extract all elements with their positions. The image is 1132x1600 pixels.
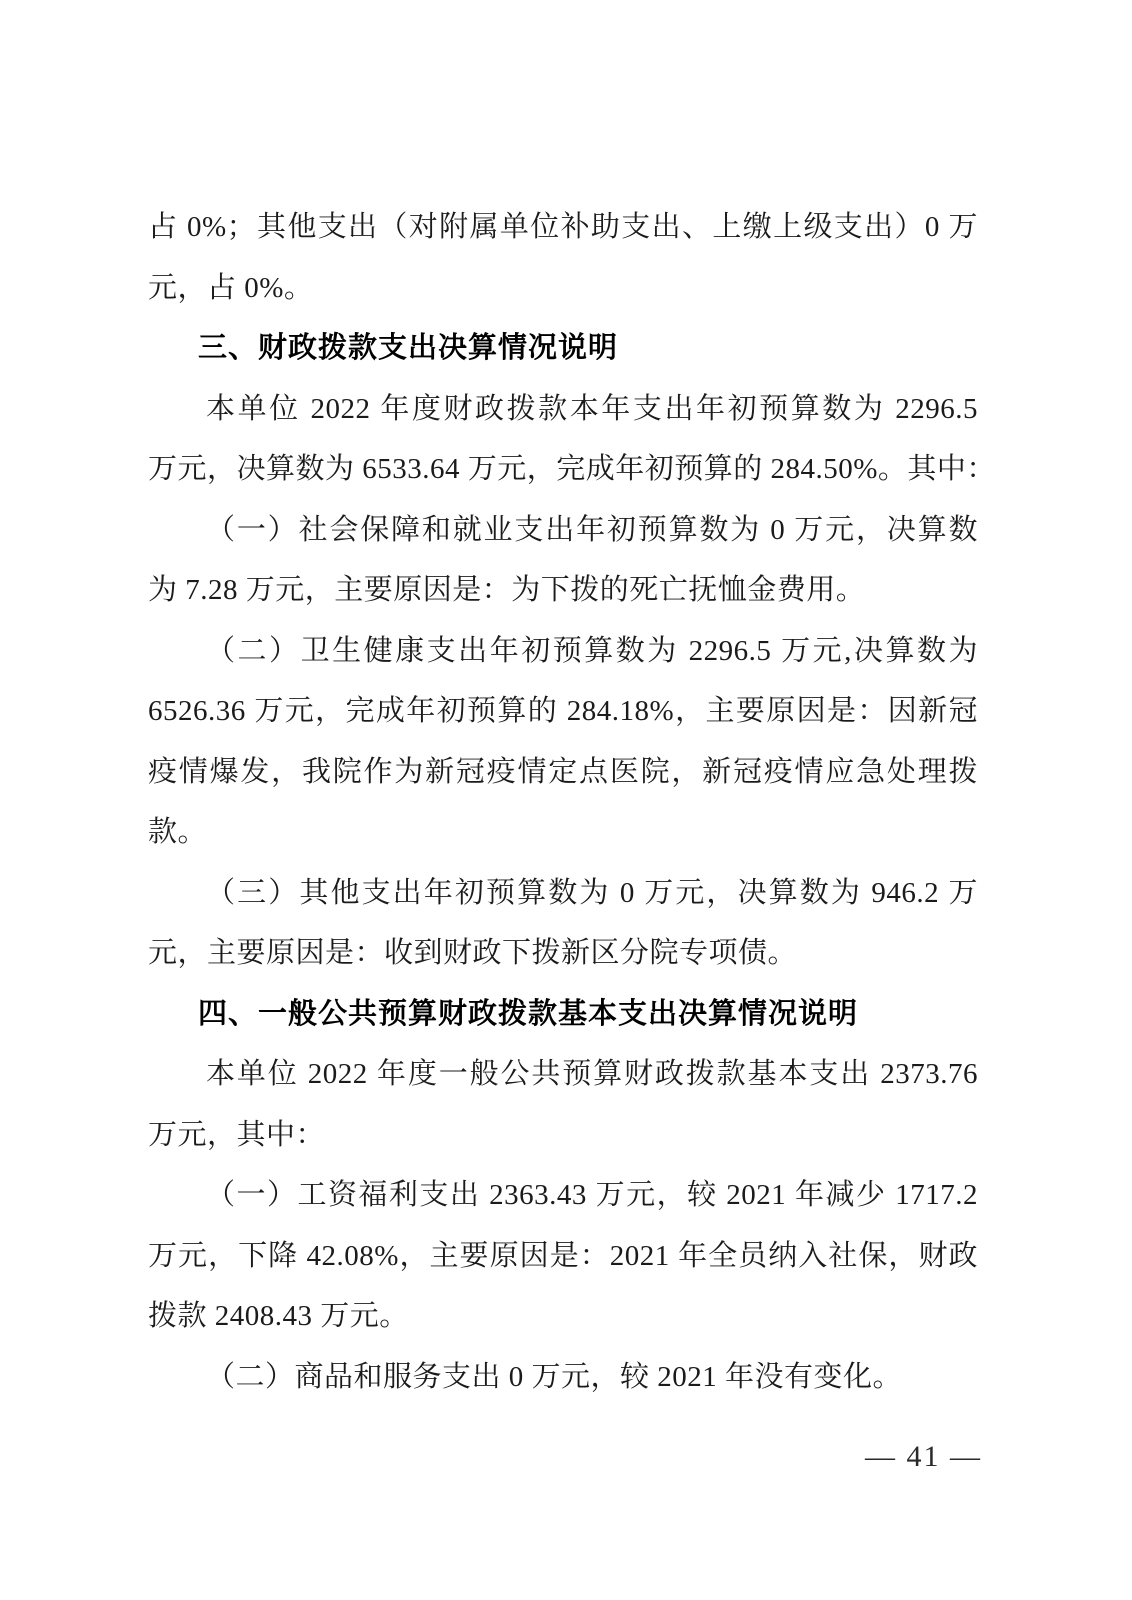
text-line: 6526.36 万元，完成年初预算的 284.18%，主要原因是：因新冠 <box>148 681 978 742</box>
text-line: （一）社会保障和就业支出年初预算数为 0 万元，决算数 <box>148 500 978 561</box>
text-line: 占 0%；其他支出（对附属单位补助支出、上缴上级支出）0 万 <box>148 197 978 258</box>
page-footer: — 41 — <box>865 1440 982 1474</box>
text-line: 为 7.28 万元，主要原因是：为下拨的死亡抚恤金费用。 <box>148 560 978 621</box>
text-line: 本单位 2022 年度财政拨款本年支出年初预算数为 2296.5 <box>148 379 978 440</box>
text-line: 万元，决算数为 6533.64 万元，完成年初预算的 284.50%。其中： <box>148 439 978 500</box>
text-line: 元，主要原因是：收到财政下拨新区分院专项债。 <box>148 923 978 984</box>
text-line: 疫情爆发，我院作为新冠疫情定点医院，新冠疫情应急处理拨 <box>148 742 978 803</box>
text-line: 万元，其中： <box>148 1105 978 1166</box>
text-line: 本单位 2022 年度一般公共预算财政拨款基本支出 2373.76 <box>148 1044 978 1105</box>
section-heading: 四、一般公共预算财政拨款基本支出决算情况说明 <box>148 984 978 1045</box>
section-heading: 三、财政拨款支出决算情况说明 <box>148 318 978 379</box>
text-line: 拨款 2408.43 万元。 <box>148 1286 978 1347</box>
text-line: （二）卫生健康支出年初预算数为 2296.5 万元,决算数为 <box>148 621 978 682</box>
document-page: 占 0%；其他支出（对附属单位补助支出、上缴上级支出）0 万元，占 0%。三、财… <box>0 0 1132 1600</box>
text-line: （三）其他支出年初预算数为 0 万元，决算数为 946.2 万 <box>148 863 978 924</box>
text-line: （一）工资福利支出 2363.43 万元，较 2021 年减少 1717.2 <box>148 1165 978 1226</box>
text-line: （二）商品和服务支出 0 万元，较 2021 年没有变化。 <box>148 1347 978 1408</box>
text-line: 万元，下降 42.08%，主要原因是：2021 年全员纳入社保，财政 <box>148 1226 978 1287</box>
text-line: 款。 <box>148 802 978 863</box>
text-line: 元，占 0%。 <box>148 258 978 319</box>
document-text-block: 占 0%；其他支出（对附属单位补助支出、上缴上级支出）0 万元，占 0%。三、财… <box>148 197 978 1407</box>
page-number: — 41 — <box>865 1440 982 1473</box>
